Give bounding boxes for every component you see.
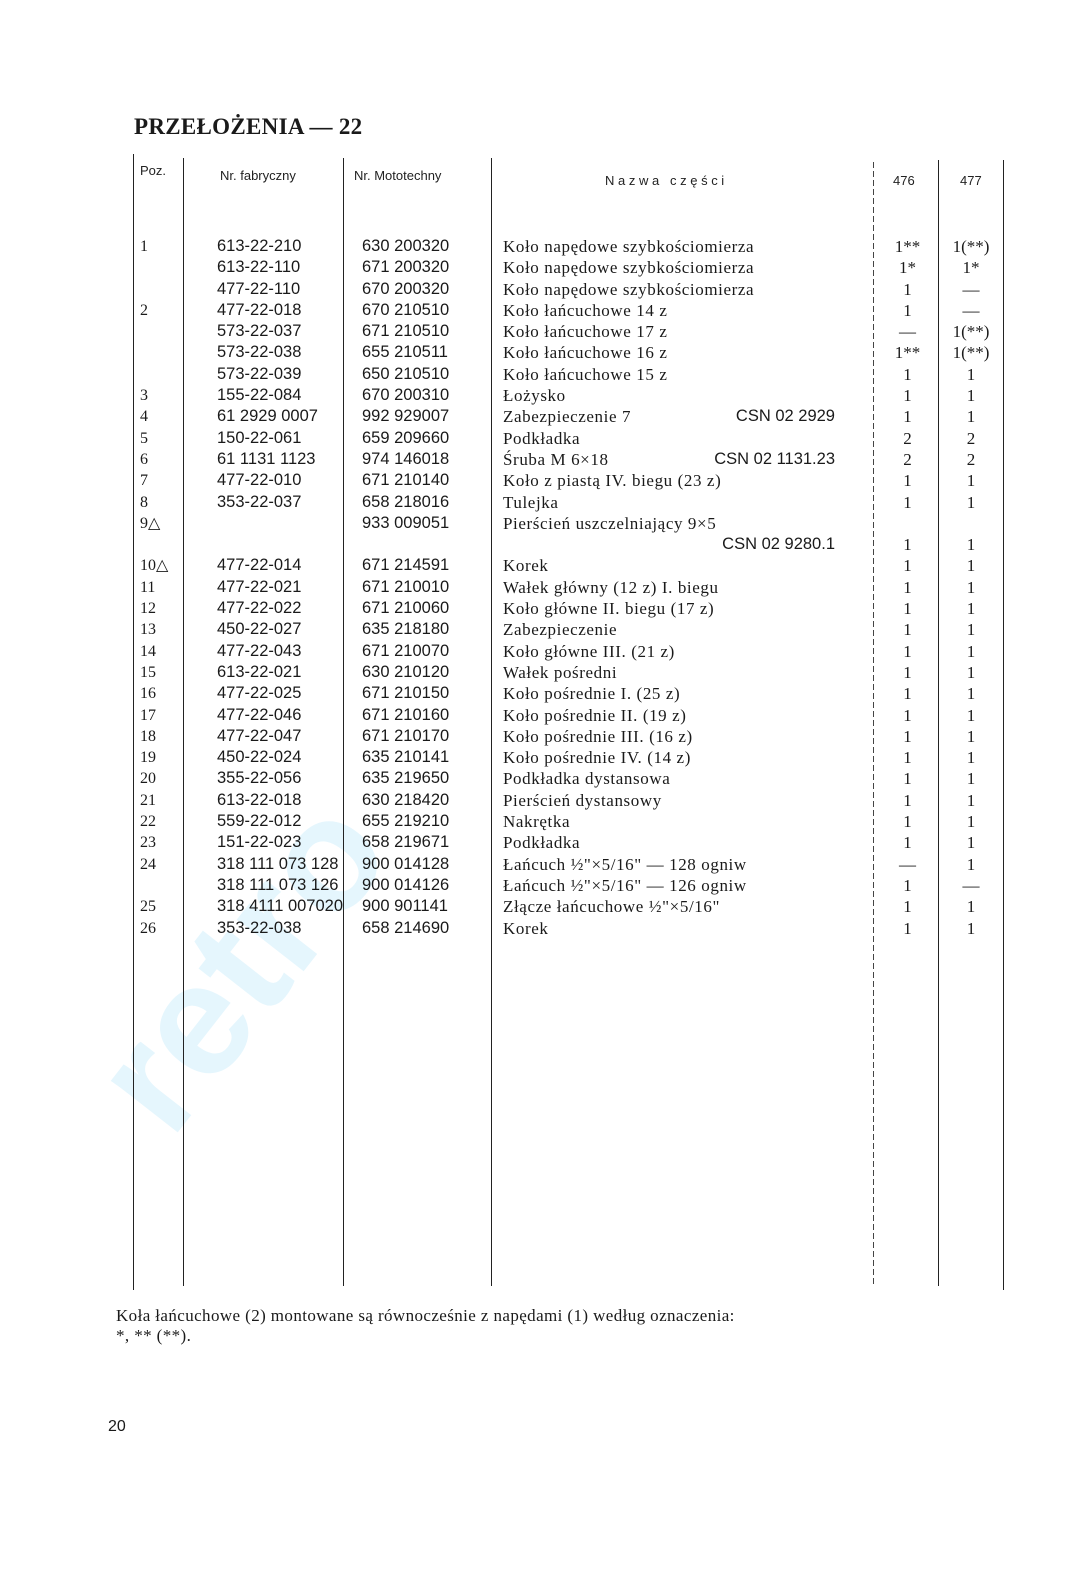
cell-nazwa: Koło główne III. (21 z) — [503, 641, 675, 662]
table-row: 20355-22-056635 219650Podkładka dystanso… — [0, 768, 1080, 789]
footnote-line-2: *, ** (**). — [116, 1326, 1016, 1346]
cell-qty-476: — — [880, 854, 935, 875]
cell-nr-mototechny: 974 146018 — [362, 449, 449, 470]
cell-nr-fabryczny: 477-22-047 — [217, 726, 301, 747]
cell-nr-mototechny: 671 210150 — [362, 683, 449, 704]
cell-nr-mototechny: 671 210140 — [362, 470, 449, 491]
cell-nazwa: Wałek główny (12 z) I. biegu — [503, 577, 719, 598]
cell-qty-476: 1 — [880, 279, 935, 300]
cell-qty-476: 1 — [880, 790, 935, 811]
cell-qty-477: 1 — [940, 619, 1002, 640]
cell-poz: 10△ — [140, 555, 180, 576]
cell-qty-476: 1** — [880, 342, 935, 363]
cell-nr-mototechny: 670 210510 — [362, 300, 449, 321]
cell-nazwa: Tulejka — [503, 492, 559, 513]
cell-poz: 15 — [140, 662, 180, 683]
header-476: 476 — [893, 173, 915, 188]
cell-nr-mototechny: 671 210510 — [362, 321, 449, 342]
cell-nr-fabryczny: 477-22-014 — [217, 555, 301, 576]
table-row: 19450-22-024635 210141Koło pośrednie IV.… — [0, 747, 1080, 768]
cell-nr-mototechny: 900 014126 — [362, 875, 449, 896]
page-number: 20 — [108, 1418, 126, 1436]
table-row: 477-22-110670 200320Koło napędowe szybko… — [0, 279, 1080, 300]
cell-nr-fabryczny: 613-22-210 — [217, 236, 301, 257]
cell-nazwa: Złącze łańcuchowe ½"×5/16" — [503, 896, 720, 917]
cell-poz: 9△ — [140, 513, 180, 534]
cell-poz: 1 — [140, 236, 180, 257]
table-row: CSN 02 9280.111 — [0, 534, 1080, 555]
cell-nr-mototechny: 635 218180 — [362, 619, 449, 640]
cell-qty-477: 1 — [940, 641, 1002, 662]
cell-poz: 7 — [140, 470, 180, 491]
cell-qty-476: 1 — [880, 555, 935, 576]
cell-nr-fabryczny: 477-22-110 — [217, 279, 300, 300]
cell-poz: 13 — [140, 619, 180, 640]
table-row: 10△477-22-014671 214591Korek11 — [0, 555, 1080, 576]
cell-poz: 11 — [140, 577, 180, 598]
table-row: 573-22-039650 210510Koło łańcuchowe 15 z… — [0, 364, 1080, 385]
cell-nr-mototechny: 670 200310 — [362, 385, 449, 406]
cell-nr-mototechny: 630 218420 — [362, 790, 449, 811]
cell-nazwa: Podkładka dystansowa — [503, 768, 670, 789]
cell-qty-477: — — [940, 300, 1002, 321]
cell-qty-476: 1* — [880, 257, 935, 278]
cell-nr-fabryczny: 477-22-010 — [217, 470, 301, 491]
cell-nazwa: Koło z piastą IV. biegu (23 z) — [503, 470, 721, 491]
cell-qty-476: 1 — [880, 811, 935, 832]
cell-qty-477: 1 — [940, 705, 1002, 726]
cell-poz: 22 — [140, 811, 180, 832]
table-row: 661 1131 1123974 146018Śruba M 6×18CSN 0… — [0, 449, 1080, 470]
cell-nr-fabryczny: 151-22-023 — [217, 832, 301, 853]
cell-norma: CSN 02 1131.23 — [714, 449, 835, 470]
cell-qty-476: 2 — [880, 449, 935, 470]
header-fabryczny: Nr. fabryczny — [220, 168, 296, 183]
cell-nr-fabryczny: 355-22-056 — [217, 768, 301, 789]
cell-nr-fabryczny: 353-22-038 — [217, 918, 301, 939]
cell-norma: CSN 02 9280.1 — [722, 534, 835, 555]
cell-nazwa: Korek — [503, 918, 548, 939]
cell-qty-476: 1 — [880, 385, 935, 406]
cell-nazwa: Łożysko — [503, 385, 566, 406]
cell-qty-477: 1(**) — [940, 236, 1002, 257]
cell-nr-mototechny: 933 009051 — [362, 513, 449, 534]
cell-qty-476: 1 — [880, 534, 935, 555]
cell-nr-mototechny: 671 210160 — [362, 705, 449, 726]
cell-poz: 17 — [140, 705, 180, 726]
table-row: 9△933 009051Pierścień uszczelniający 9×5 — [0, 513, 1080, 534]
cell-poz: 12 — [140, 598, 180, 619]
cell-nr-mototechny: 992 929007 — [362, 406, 449, 427]
footnote: Koła łańcuchowe (2) montowane są równocz… — [116, 1306, 1016, 1346]
cell-qty-476: 1 — [880, 619, 935, 640]
cell-nr-mototechny: 659 209660 — [362, 428, 449, 449]
cell-nr-fabryczny: 155-22-084 — [217, 385, 301, 406]
cell-nazwa: Zabezpieczenie 7 — [503, 406, 631, 427]
cell-nr-mototechny: 635 210141 — [362, 747, 449, 768]
cell-qty-477: 1 — [940, 726, 1002, 747]
table-row: 22559-22-012655 219210Nakrętka11 — [0, 811, 1080, 832]
cell-qty-476: 1 — [880, 364, 935, 385]
table-row: 3155-22-084670 200310Łożysko11 — [0, 385, 1080, 406]
table-row: 613-22-110671 200320Koło napędowe szybko… — [0, 257, 1080, 278]
cell-nr-fabryczny: 573-22-039 — [217, 364, 301, 385]
cell-nr-fabryczny: 61 1131 1123 — [217, 449, 315, 470]
cell-poz: 18 — [140, 726, 180, 747]
cell-qty-476: 2 — [880, 428, 935, 449]
cell-qty-477: 1* — [940, 257, 1002, 278]
cell-nr-mototechny: 671 210060 — [362, 598, 449, 619]
cell-nr-fabryczny: 353-22-037 — [217, 492, 301, 513]
cell-qty-476: — — [880, 321, 935, 342]
cell-nazwa: Pierścień uszczelniający 9×5 — [503, 513, 716, 534]
cell-qty-477: 1 — [940, 790, 1002, 811]
cell-poz: 6 — [140, 449, 180, 470]
cell-qty-476: 1 — [880, 598, 935, 619]
cell-nr-fabryczny: 613-22-021 — [217, 662, 301, 683]
cell-qty-476: 1 — [880, 641, 935, 662]
cell-qty-476: 1 — [880, 832, 935, 853]
cell-poz: 20 — [140, 768, 180, 789]
cell-qty-477: 1 — [940, 662, 1002, 683]
table-row: 23151-22-023658 219671Podkładka11 — [0, 832, 1080, 853]
cell-qty-477: 1 — [940, 918, 1002, 939]
cell-nr-fabryczny: 450-22-027 — [217, 619, 301, 640]
table-row: 11477-22-021671 210010Wałek główny (12 z… — [0, 577, 1080, 598]
cell-poz: 25 — [140, 896, 180, 917]
table-row: 15613-22-021630 210120Wałek pośredni11 — [0, 662, 1080, 683]
table-row: 573-22-037671 210510Koło łańcuchowe 17 z… — [0, 321, 1080, 342]
cell-nr-mototechny: 655 210511 — [362, 342, 448, 363]
cell-nr-fabryczny: 477-22-046 — [217, 705, 301, 726]
cell-nazwa: Pierścień dystansowy — [503, 790, 662, 811]
cell-poz: 8 — [140, 492, 180, 513]
cell-nr-mototechny: 630 210120 — [362, 662, 449, 683]
page-title: PRZEŁOŻENIA — 22 — [134, 114, 362, 140]
cell-qty-477: — — [940, 279, 1002, 300]
cell-nazwa: Koło pośrednie III. (16 z) — [503, 726, 693, 747]
cell-nr-fabryczny: 477-22-025 — [217, 683, 301, 704]
cell-qty-476: 1 — [880, 406, 935, 427]
cell-qty-476: 1 — [880, 768, 935, 789]
cell-qty-476: 1** — [880, 236, 935, 257]
parts-table-body: 1613-22-210630 200320Koło napędowe szybk… — [0, 236, 1080, 939]
cell-nazwa: Łańcuch ½"×5/16" — 128 ogniw — [503, 854, 747, 875]
header-mototechny: Nr. Mototechny — [354, 168, 441, 183]
cell-nr-mototechny: 671 210170 — [362, 726, 449, 747]
table-row: 8353-22-037658 218016Tulejka11 — [0, 492, 1080, 513]
cell-qty-476: 1 — [880, 300, 935, 321]
cell-qty-477: 1 — [940, 683, 1002, 704]
cell-qty-477: — — [940, 875, 1002, 896]
cell-poz: 5 — [140, 428, 180, 449]
table-row: 5150-22-061659 209660Podkładka22 — [0, 428, 1080, 449]
cell-nr-fabryczny: 613-22-110 — [217, 257, 300, 278]
cell-nr-fabryczny: 477-22-043 — [217, 641, 301, 662]
cell-poz: 14 — [140, 641, 180, 662]
cell-poz: 23 — [140, 832, 180, 853]
cell-qty-477: 1 — [940, 534, 1002, 555]
cell-qty-476: 1 — [880, 683, 935, 704]
cell-qty-477: 1 — [940, 492, 1002, 513]
cell-nazwa: Koło pośrednie I. (25 z) — [503, 683, 680, 704]
cell-poz: 4 — [140, 406, 180, 427]
cell-nr-fabryczny: 559-22-012 — [217, 811, 301, 832]
table-row: 1613-22-210630 200320Koło napędowe szybk… — [0, 236, 1080, 257]
cell-norma: CSN 02 2929 — [736, 406, 835, 427]
cell-nr-mototechny: 650 210510 — [362, 364, 449, 385]
cell-nr-fabryczny: 573-22-038 — [217, 342, 301, 363]
cell-qty-476: 1 — [880, 896, 935, 917]
cell-nr-mototechny: 630 200320 — [362, 236, 449, 257]
cell-qty-477: 1 — [940, 555, 1002, 576]
cell-nr-fabryczny: 318 4111 007020 — [217, 896, 343, 917]
cell-qty-476: 1 — [880, 726, 935, 747]
table-row: 26353-22-038658 214690Korek11 — [0, 918, 1080, 939]
cell-nr-mototechny: 900 901141 — [362, 896, 448, 917]
cell-qty-477: 2 — [940, 449, 1002, 470]
cell-nr-mototechny: 658 219671 — [362, 832, 449, 853]
cell-qty-476: 1 — [880, 470, 935, 491]
cell-nazwa: Koło łańcuchowe 15 z — [503, 364, 667, 385]
cell-qty-476: 1 — [880, 875, 935, 896]
cell-nazwa: Koło główne II. biegu (17 z) — [503, 598, 714, 619]
header-477: 477 — [960, 173, 982, 188]
cell-poz: 21 — [140, 790, 180, 811]
cell-poz: 19 — [140, 747, 180, 768]
cell-qty-477: 2 — [940, 428, 1002, 449]
cell-qty-477: 1 — [940, 385, 1002, 406]
header-poz: Poz. — [140, 163, 166, 178]
footnote-line-1: Koła łańcuchowe (2) montowane są równocz… — [116, 1306, 1016, 1326]
cell-qty-477: 1 — [940, 811, 1002, 832]
cell-qty-477: 1 — [940, 832, 1002, 853]
cell-nr-mototechny: 658 214690 — [362, 918, 449, 939]
cell-nr-mototechny: 671 214591 — [362, 555, 449, 576]
table-row: 21613-22-018630 218420Pierścień dystanso… — [0, 790, 1080, 811]
cell-nr-fabryczny: 150-22-061 — [217, 428, 301, 449]
cell-nazwa: Podkładka — [503, 428, 580, 449]
cell-nazwa: Wałek pośredni — [503, 662, 617, 683]
cell-nr-fabryczny: 477-22-022 — [217, 598, 301, 619]
cell-nazwa: Korek — [503, 555, 548, 576]
cell-qty-477: 1 — [940, 577, 1002, 598]
cell-qty-476: 1 — [880, 662, 935, 683]
table-row: 16477-22-025671 210150Koło pośrednie I. … — [0, 683, 1080, 704]
cell-nazwa: Podkładka — [503, 832, 580, 853]
cell-nazwa: Koło pośrednie II. (19 z) — [503, 705, 687, 726]
cell-nr-fabryczny: 61 2929 0007 — [217, 406, 318, 427]
cell-nazwa: Koło napędowe szybkościomierza — [503, 279, 754, 300]
cell-nr-fabryczny: 613-22-018 — [217, 790, 301, 811]
cell-nr-mototechny: 670 200320 — [362, 279, 449, 300]
cell-qty-476: 1 — [880, 705, 935, 726]
cell-qty-477: 1 — [940, 854, 1002, 875]
cell-nazwa: Nakrętka — [503, 811, 570, 832]
table-row: 573-22-038655 210511Koło łańcuchowe 16 z… — [0, 342, 1080, 363]
cell-poz: 3 — [140, 385, 180, 406]
table-row: 318 111 073 126900 014126Łańcuch ½"×5/16… — [0, 875, 1080, 896]
cell-poz: 24 — [140, 854, 180, 875]
cell-nr-mototechny: 658 218016 — [362, 492, 449, 513]
cell-qty-476: 1 — [880, 918, 935, 939]
cell-nr-mototechny: 671 200320 — [362, 257, 449, 278]
cell-nr-mototechny: 900 014128 — [362, 854, 449, 875]
cell-qty-477: 1 — [940, 364, 1002, 385]
cell-qty-477: 1 — [940, 896, 1002, 917]
cell-nr-fabryczny: 477-22-018 — [217, 300, 301, 321]
cell-nr-mototechny: 671 210070 — [362, 641, 449, 662]
cell-qty-476: 1 — [880, 492, 935, 513]
cell-poz: 16 — [140, 683, 180, 704]
cell-qty-477: 1 — [940, 470, 1002, 491]
cell-nazwa: Koło łańcuchowe 16 z — [503, 342, 667, 363]
cell-qty-477: 1 — [940, 747, 1002, 768]
cell-nr-fabryczny: 450-22-024 — [217, 747, 301, 768]
cell-nazwa: Koło napędowe szybkościomierza — [503, 257, 754, 278]
cell-nr-fabryczny: 573-22-037 — [217, 321, 301, 342]
table-row: 12477-22-022671 210060Koło główne II. bi… — [0, 598, 1080, 619]
cell-qty-477: 1 — [940, 598, 1002, 619]
cell-nr-fabryczny: 318 111 073 128 — [217, 854, 338, 875]
cell-nr-mototechny: 671 210010 — [362, 577, 449, 598]
cell-nazwa: Śruba M 6×18 — [503, 449, 609, 470]
table-row: 2477-22-018670 210510Koło łańcuchowe 14 … — [0, 300, 1080, 321]
table-row: 13450-22-027635 218180Zabezpieczenie11 — [0, 619, 1080, 640]
cell-nr-mototechny: 635 219650 — [362, 768, 449, 789]
cell-poz: 2 — [140, 300, 180, 321]
table-row: 24318 111 073 128900 014128Łańcuch ½"×5/… — [0, 854, 1080, 875]
cell-nr-mototechny: 655 219210 — [362, 811, 449, 832]
cell-nr-fabryczny: 477-22-021 — [217, 577, 301, 598]
cell-nazwa: Koło łańcuchowe 14 z — [503, 300, 667, 321]
cell-nazwa: Zabezpieczenie — [503, 619, 617, 640]
table-row: 461 2929 0007992 929007Zabezpieczenie 7C… — [0, 406, 1080, 427]
table-row: 17477-22-046671 210160Koło pośrednie II.… — [0, 705, 1080, 726]
cell-qty-477: 1 — [940, 768, 1002, 789]
cell-nazwa: Koło napędowe szybkościomierza — [503, 236, 754, 257]
cell-qty-476: 1 — [880, 747, 935, 768]
table-row: 14477-22-043671 210070Koło główne III. (… — [0, 641, 1080, 662]
cell-qty-477: 1(**) — [940, 321, 1002, 342]
cell-poz: 26 — [140, 918, 180, 939]
cell-qty-477: 1 — [940, 406, 1002, 427]
cell-nr-fabryczny: 318 111 073 126 — [217, 875, 338, 896]
cell-nazwa: Koło łańcuchowe 17 z — [503, 321, 667, 342]
cell-qty-477: 1(**) — [940, 342, 1002, 363]
cell-qty-476: 1 — [880, 577, 935, 598]
table-row: 7477-22-010671 210140Koło z piastą IV. b… — [0, 470, 1080, 491]
cell-nazwa: Koło pośrednie IV. (14 z) — [503, 747, 691, 768]
table-row: 18477-22-047671 210170Koło pośrednie III… — [0, 726, 1080, 747]
header-nazwa: N a z w a c z ę ś c i — [605, 173, 724, 188]
cell-nazwa: Łańcuch ½"×5/16" — 126 ogniw — [503, 875, 747, 896]
table-row: 25318 4111 007020900 901141Złącze łańcuc… — [0, 896, 1080, 917]
